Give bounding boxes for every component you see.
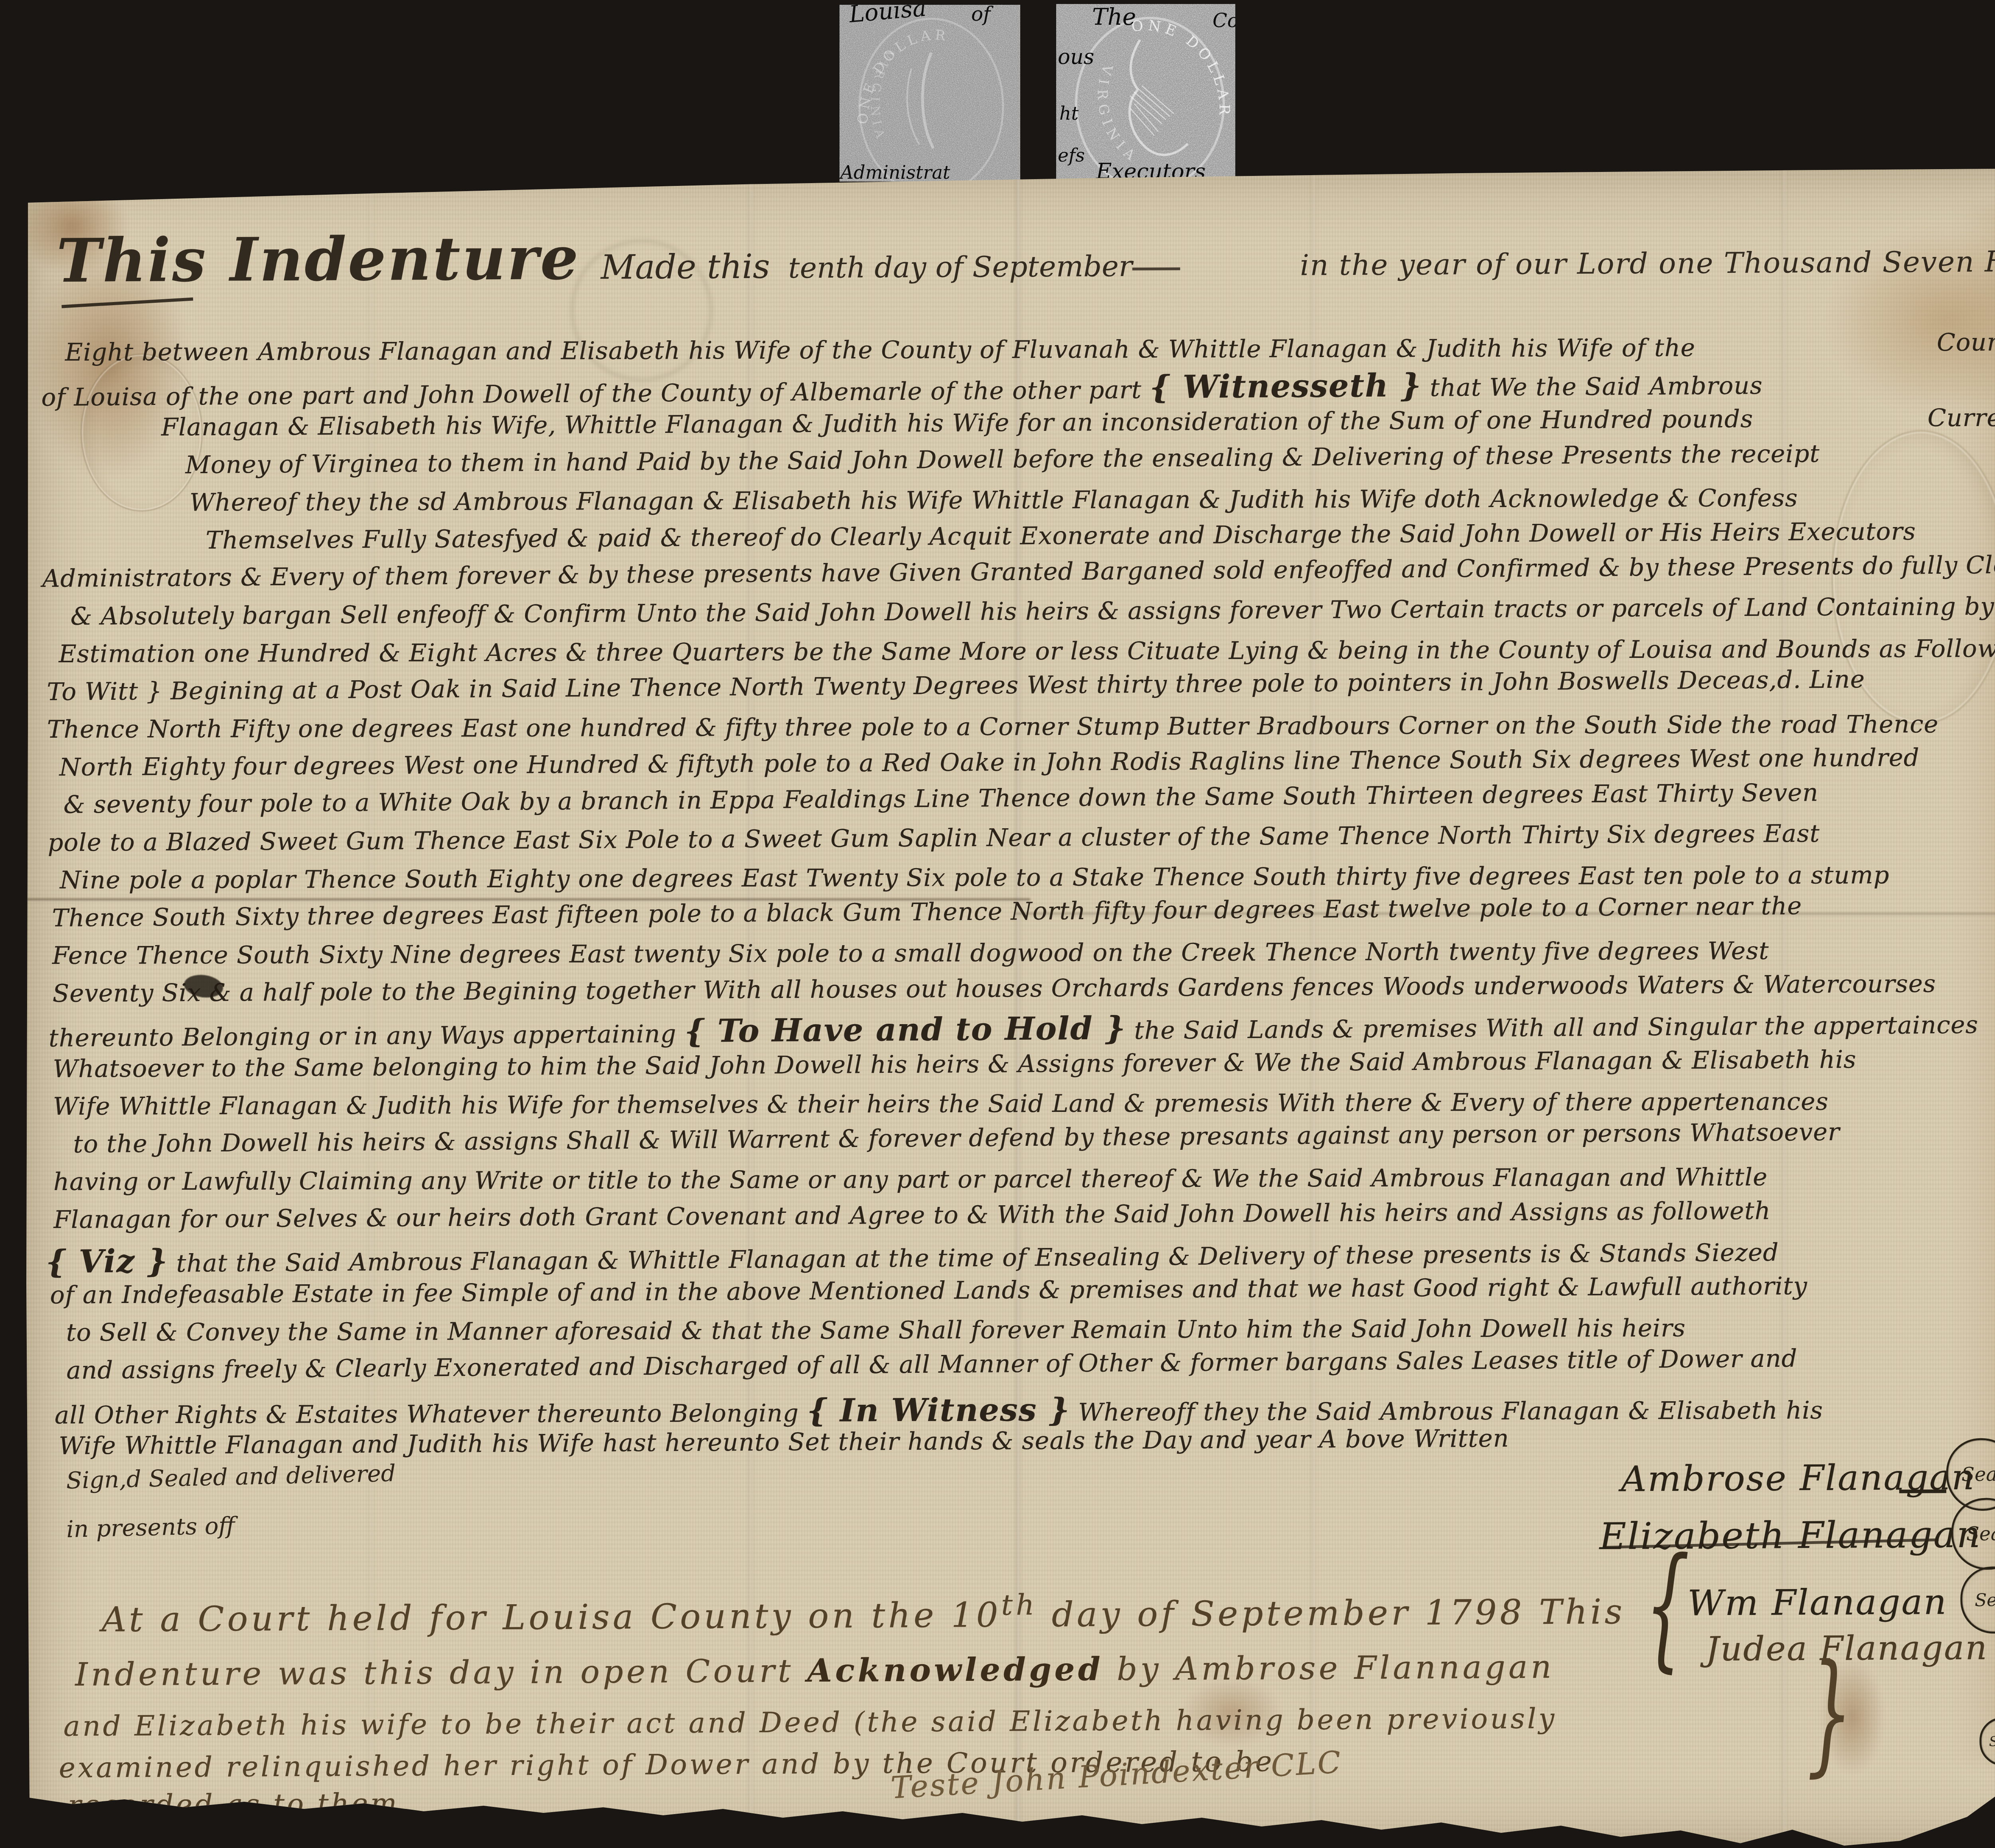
- court-line-2: Indenture was this day in open Court Ack…: [75, 1648, 1555, 1693]
- stamp-left-script-administrat: Administrat: [839, 162, 950, 182]
- document-content: This IndentureMade thistenth day of Sept…: [24, 156, 1995, 1848]
- stamp-detail-left: ONE DOLLAR VIRGINIA Louisa of Administra…: [839, 5, 1020, 182]
- stamp-right-script-efs: efs: [1058, 144, 1085, 166]
- stamp-right-script-co: Co: [1213, 10, 1235, 32]
- stamp-left-graphic: ONE DOLLAR VIRGINIA Louisa of Administra…: [839, 5, 1020, 182]
- court-brace: }: [1806, 1636, 1853, 1789]
- stamp-right-graphic: ONE DOLLAR VIRGINIA The Co ous ht efs Ex…: [1056, 4, 1235, 182]
- scan-background: ONE DOLLAR VIRGINIA Louisa of Administra…: [0, 0, 1995, 1848]
- stamp-right-script-the: The: [1092, 4, 1136, 30]
- court-record: At a Court held for Louisa County on the…: [24, 156, 1995, 1848]
- indenture-document: This IndentureMade thistenth day of Sept…: [25, 167, 1995, 1848]
- stamp-detail-right: ONE DOLLAR VIRGINIA The Co ous ht efs Ex…: [1056, 4, 1235, 182]
- court-line-1: At a Court held for Louisa County on the…: [101, 1585, 1626, 1640]
- court-line-2-pre: Indenture was this day in open Court: [75, 1652, 807, 1693]
- court-line-2-post: by Ambrose Flannagan: [1103, 1648, 1555, 1688]
- court-line-3: and Elizabeth his wife to be their act a…: [63, 1702, 1557, 1743]
- stamp-left-script-of: of: [971, 5, 994, 26]
- stamp-right-script-ht: ht: [1059, 103, 1079, 124]
- court-line-2-acknowledged: Acknowledged: [807, 1650, 1104, 1689]
- stamp-right-script-ous: ous: [1058, 45, 1094, 69]
- court-line-5: recorded as to them: [68, 1787, 399, 1821]
